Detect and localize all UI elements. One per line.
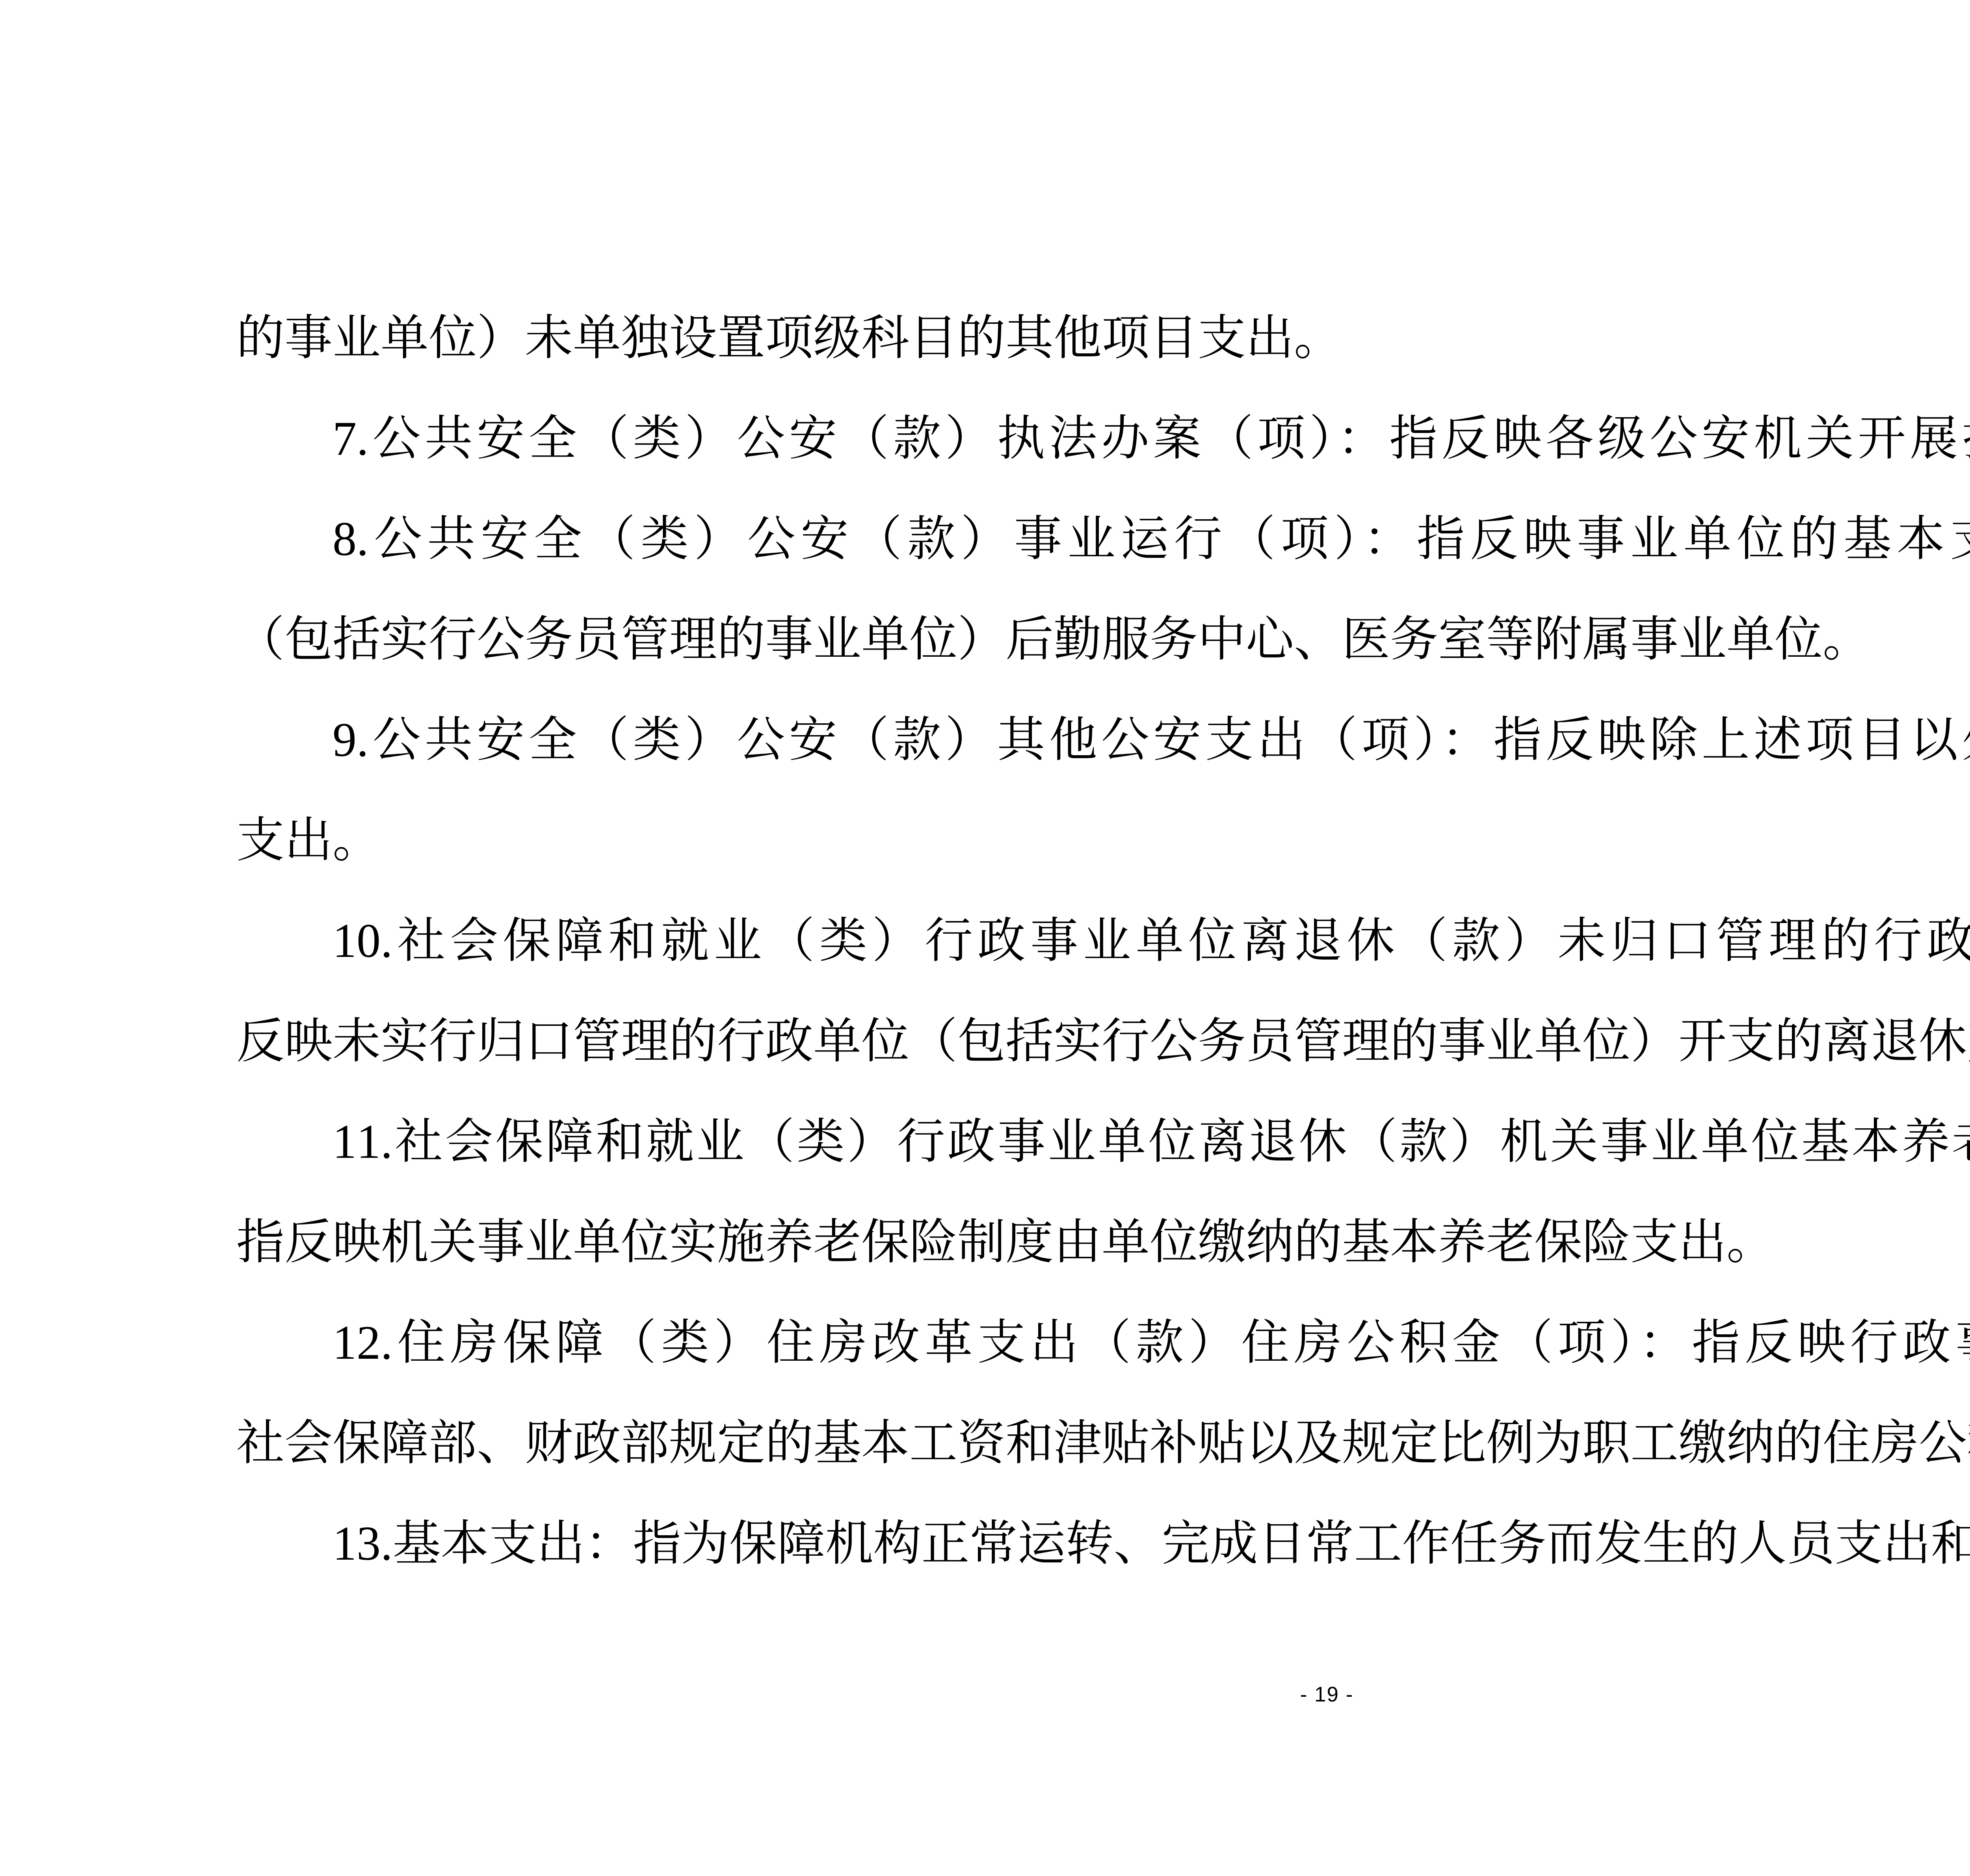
document-body: 的事业单位）未单独设置项级科目的其他项目支出。 7.公共安全（类）公安（款）执法… [236,288,1970,1594]
text-line-item-7: 7.公共安全（类）公安（款）执法办案（项）：指反映各级公安机关开展执法办案工作的… [236,388,1970,489]
text-line-item-8-continuation: （包括实行公务员管理的事业单位）后勤服务中心、医务室等附属事业单位。 [236,589,1970,690]
page-number: - 19 - [0,1679,1970,1711]
text-line-item-8: 8.公共安全（类）公安（款）事业运行（项）：指反映事业单位的基本支出，不包括行政… [236,489,1970,589]
text-line-item-9-continuation: 支出。 [236,790,1970,891]
text-line-item-12-continuation: 社会保障部、财政部规定的基本工资和津贴补贴以及规定比例为职工缴纳的住房公积金。 [236,1393,1970,1493]
text-line-paragraph-continuation: 的事业单位）未单独设置项级科目的其他项目支出。 [236,288,1970,388]
text-line-item-11-continuation: 指反映机关事业单位实施养老保险制度由单位缴纳的基本养老保险支出。 [236,1192,1970,1293]
text-line-item-10-continuation: 反映未实行归口管理的行政单位（包括实行公务员管理的事业单位）开支的离退休支出。 [236,991,1970,1092]
text-line-item-9: 9.公共安全（类）公安（款）其他公安支出（项）：指反映除上述项目以外其他用于公安… [236,690,1970,790]
text-line-item-11: 11.社会保障和就业（类）行政事业单位离退休（款）机关事业单位基本养老保险缴费支… [236,1092,1970,1192]
text-line-item-13: 13.基本支出：指为保障机构正常运转、完成日常工作任务而发生的人员支出和公用支出… [236,1493,1970,1594]
text-line-item-10: 10.社会保障和就业（类）行政事业单位离退休（款）未归口管理的行政单位离退休（项… [236,891,1970,991]
document-page: 的事业单位）未单独设置项级科目的其他项目支出。 7.公共安全（类）公安（款）执法… [0,0,1970,1876]
text-line-item-12: 12.住房保障（类）住房改革支出（款）住房公积金（项）：指反映行政事业单位按人力… [236,1293,1970,1393]
